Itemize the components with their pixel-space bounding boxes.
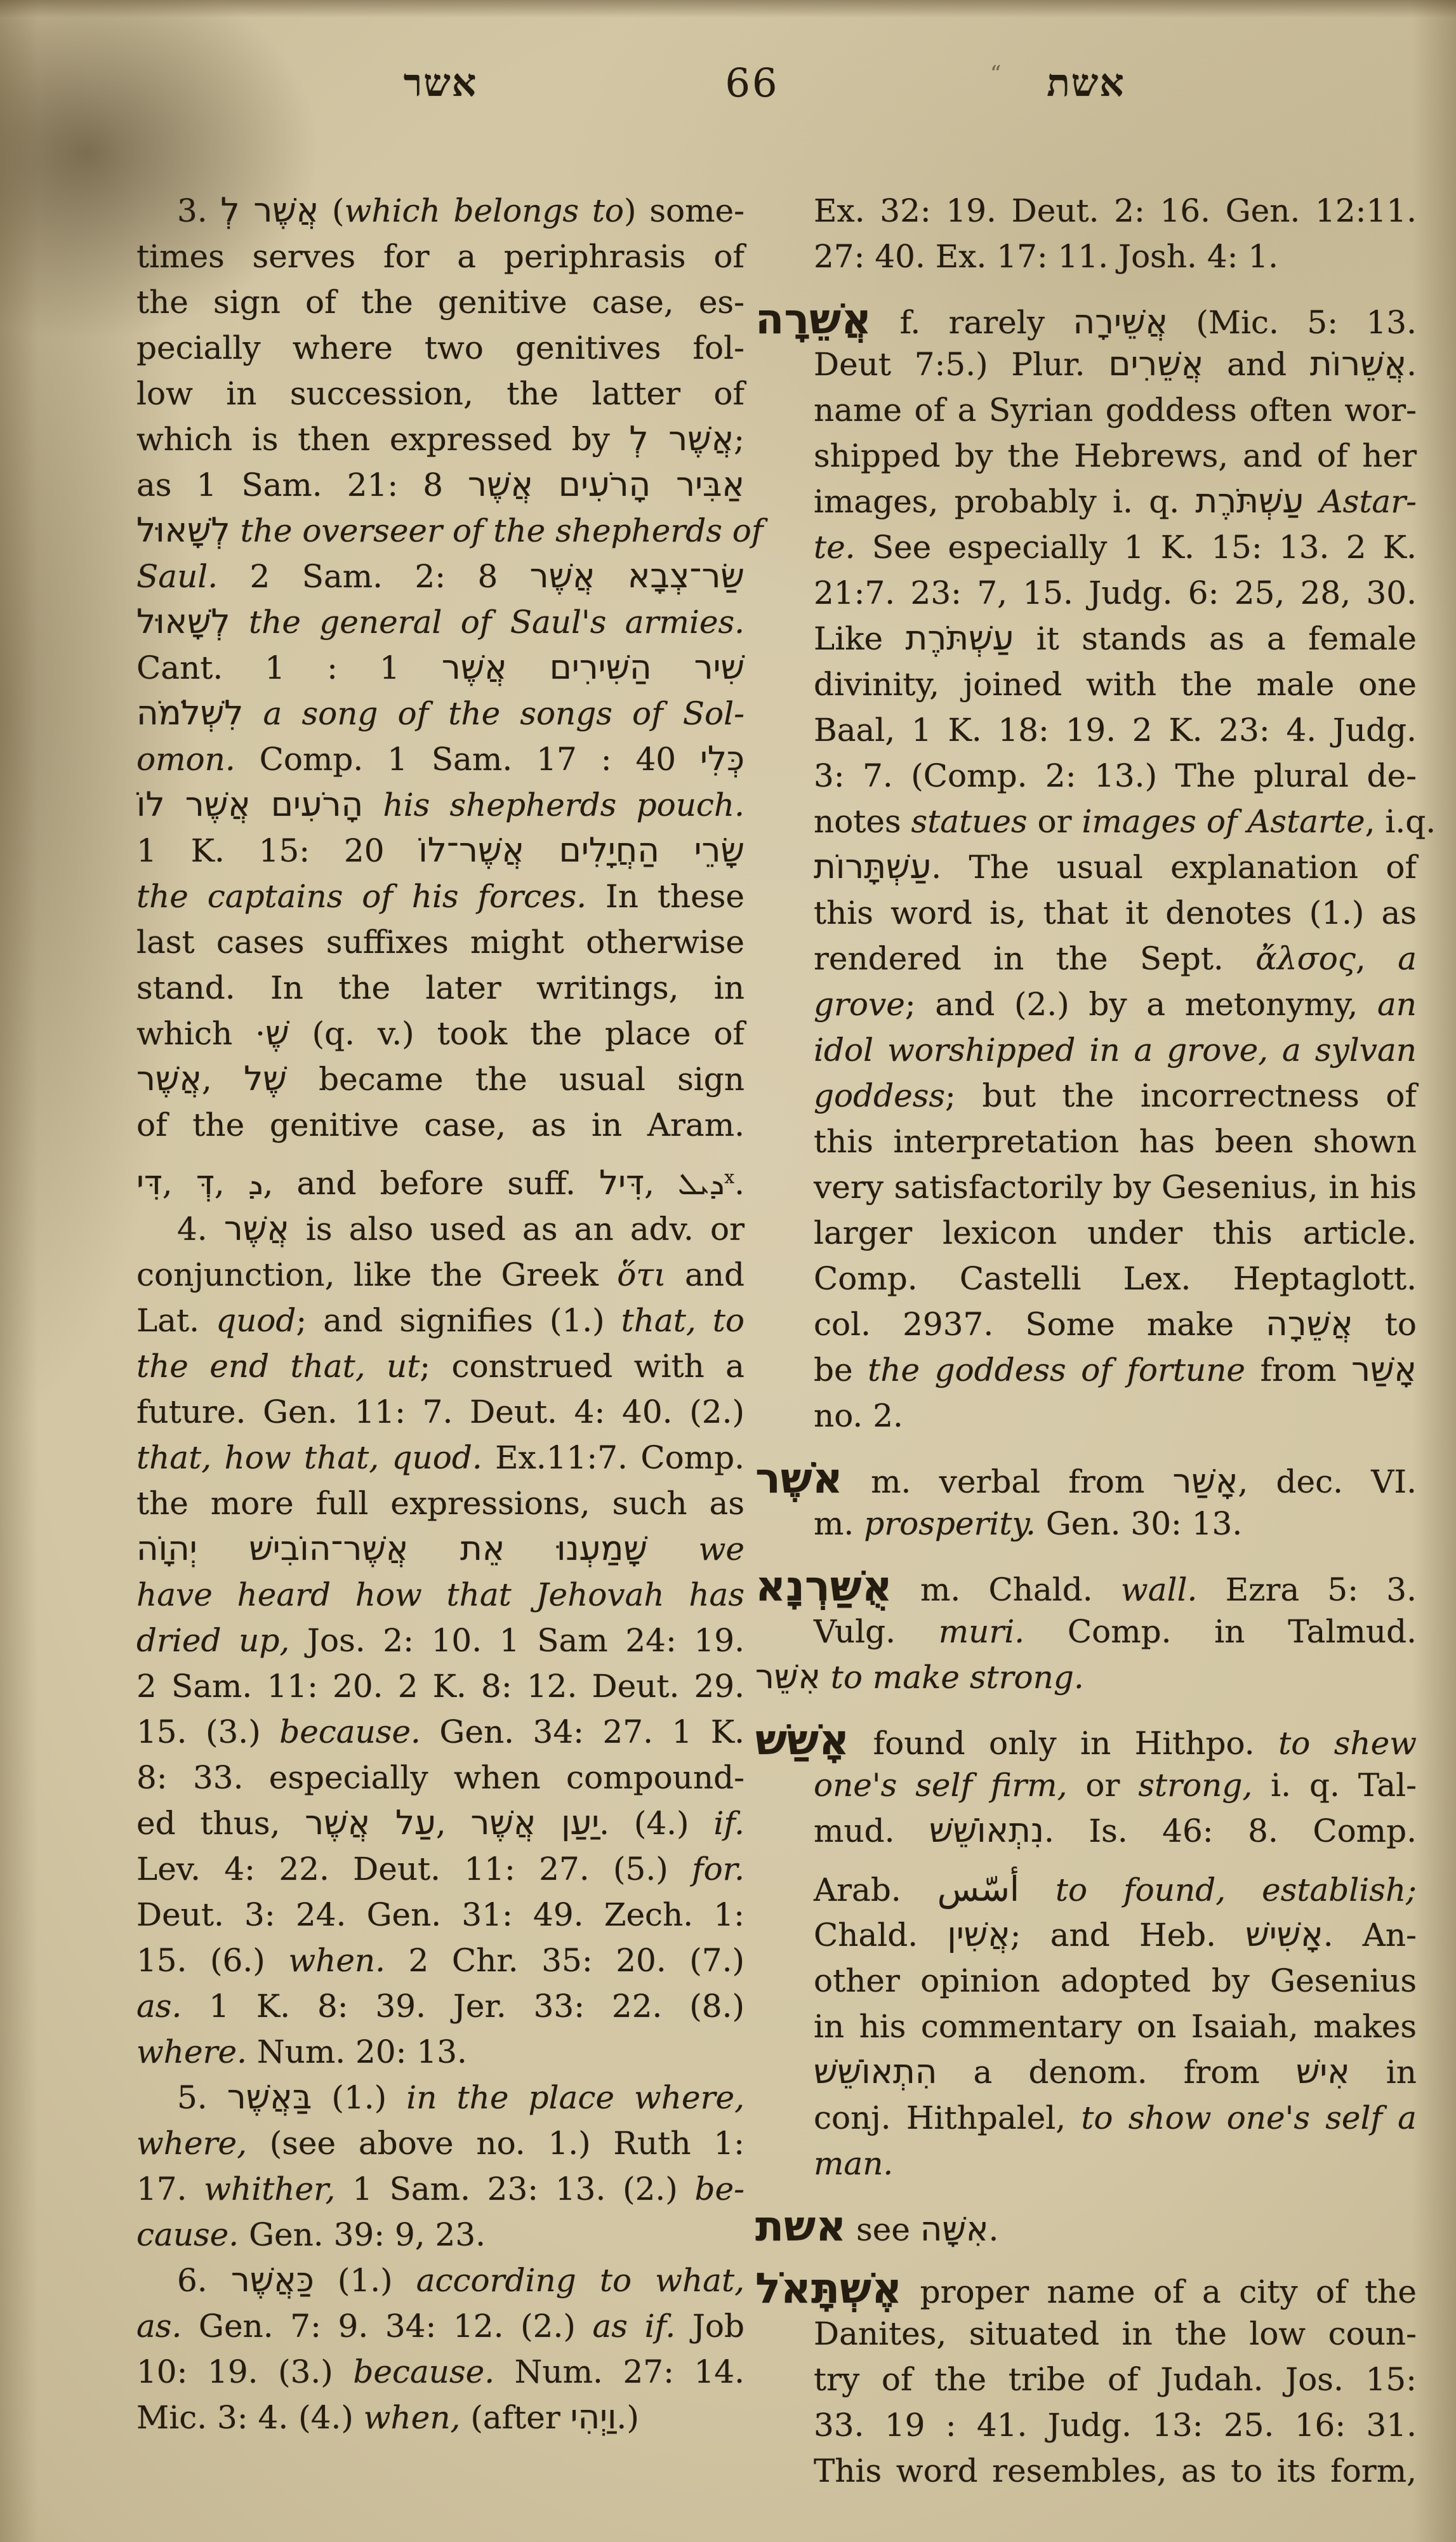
roman-text: Danites, situated in the low coun- [814, 2315, 1417, 2352]
roman-text: 15. (3.) [136, 1714, 279, 1750]
text-line: divinity, joined with the male one [755, 662, 1417, 707]
text-line: te. See especially 1 K. 15: 13. 2 K. [755, 524, 1417, 570]
text-line: be the goddess of fortune from אָשַׁר [755, 1347, 1417, 1393]
text-line: future. Gen. 11: 7. Deut. 4: 40. (2.) [136, 1389, 745, 1435]
italic-text: to make strong. [821, 1659, 1084, 1696]
roman-text: .) [616, 2399, 639, 2436]
roman-text: , [644, 1165, 678, 1202]
text-line: Danites, situated in the low coun- [755, 2311, 1417, 2357]
roman-text: it stands as a female [1014, 620, 1417, 657]
text-line: לְשָׁאוּל the general of Saul's armies. [136, 599, 745, 645]
roman-text: 2 Sam. 2: 8 [218, 558, 530, 595]
italic-text: prosperity. [864, 1505, 1036, 1542]
text-line: Lat. quod; and signifies (1.) that, to [136, 1298, 745, 1343]
text-line: very satisfactorily by Gesenius, in his [755, 1164, 1417, 1210]
hebrew-headword: אֻשַּׁרְנָא [755, 1561, 892, 1611]
text-line: הָרֹעִים אֲשֶׁר לוֹ his shepherds pouch. [136, 782, 745, 828]
roman-text: ; [734, 421, 745, 458]
hebrew-text: דְּ [196, 1164, 215, 1202]
roman-text: Lat. [136, 1302, 216, 1339]
roman-text: pecially where two genitives fol- [136, 329, 745, 366]
text-line: Mic. 3: 4. (4.) when, (after וַיְהִי.) [136, 2395, 745, 2440]
hebrew-text: כַּאֲשֶׁר [231, 2261, 314, 2299]
text-line: Saul. 2 Sam. 2: 8 שַׂר־צְבָא אֲשֶׁר [136, 554, 745, 599]
running-head-left: אשר [136, 55, 745, 112]
hebrew-text: אֲשֵׁירָה [1073, 303, 1168, 342]
hebrew-text: וַיְהִי [571, 2398, 617, 2437]
text-line: Lev. 4: 22. Deut. 11: 27. (5.) for. [136, 1846, 745, 1892]
italic-text: statues [911, 803, 1028, 840]
roman-text: 1 K. 8: 39. Jer. 33: 22. (8.) [182, 1988, 745, 2025]
roman-text: Mic. 3: 4. (4.) [136, 2399, 364, 2436]
text-line: idol worshipped in a grove, a sylvan [755, 1027, 1417, 1073]
text-line: have heard how that Jehovah has [136, 1572, 745, 1618]
text-line: shipped by the Hebrews, and of her [755, 433, 1417, 479]
italic-text: be- [695, 2171, 745, 2207]
italic-text: for. [692, 1851, 745, 1887]
text-line: Like עַשְׁתֹּרֶת it stands as a female [755, 616, 1417, 662]
roman-text: this interpretation has been shown [814, 1123, 1417, 1160]
text-line: as. Gen. 7: 9. 34: 12. (2.) as if. Job [136, 2303, 745, 2349]
italic-text: his shepherds pouch. [363, 787, 745, 823]
italic-text: the overseer of the shepherds of [230, 512, 764, 549]
text-line: as. 1 K. 8: 39. Jer. 33: 22. (8.) [136, 1983, 745, 2029]
italic-text: because. [279, 1714, 421, 1750]
roman-text: (q. v.) took the place of [289, 1015, 745, 1052]
syriac-text: ܕܝܠ [678, 1166, 724, 1202]
text-line: goddess; but the incorrectness of [755, 1073, 1417, 1119]
hebrew-headword: אֲשֵׁרָה [755, 294, 871, 343]
roman-text: ed thus, [136, 1805, 305, 1842]
text-line: אִשֵּׁר to make strong. [755, 1654, 1417, 1700]
roman-text: . [734, 1165, 745, 1202]
text-line: לְשָׁאוּל the overseer of the shepherds … [136, 508, 745, 554]
running-head-right: אשת [755, 55, 1417, 112]
text-line: שָׁמַעְנוּ אֵת אֲשֶׁר־הוֹבִישׁ יְהוָֹה w… [136, 1526, 745, 1572]
roman-text: (after [460, 2399, 570, 2436]
roman-text: Gen. 39: 9, 23. [239, 2216, 486, 2253]
text-line: try of the tribe of Judah. Jos. 15: [755, 2357, 1417, 2402]
syriac-text: ܕ [248, 1166, 263, 1202]
hebrew-text: אַבִּיר הָרֹעִים אֲשֶׁר [468, 465, 745, 504]
hebrew-text: עַל אֲשֶׁר [305, 1804, 435, 1842]
hebrew-headword: אָשַׁשׁ [755, 1715, 849, 1764]
roman-text: Deut 7:5.) Plur. [814, 346, 1108, 383]
roman-text: ( [319, 192, 344, 229]
hebrew-text: כְּלִי [700, 740, 745, 778]
text-line: col. 2937. Some make אֲשֵׁרָה to [755, 1301, 1417, 1347]
roman-text: Like [814, 620, 905, 657]
roman-text: Ezra 5: 3. [1197, 1571, 1417, 1608]
roman-text: shipped by the Hebrews, and of her [814, 437, 1417, 474]
italic-text: that, how that, quod. [136, 1439, 482, 1476]
roman-text: Arab. [814, 1872, 937, 1908]
roman-text: 1 K. 15: 20 [136, 832, 418, 869]
italic-text: where. [136, 2033, 247, 2070]
text-line: דִּי, דְּ, ܕ, and before suff. דִּיל, ܕܝ… [136, 1161, 745, 1206]
roman-text: Comp. Castelli Lex. Heptaglott. [814, 1260, 1417, 1297]
text-line: ed thus, עַל אֲשֶׁר, יַעַן אֲשֶׁר. (4.) … [136, 1800, 745, 1846]
text-line: one's self firm, or strong, i. q. Tal- [755, 1762, 1417, 1808]
roman-text: 5. [177, 2079, 227, 2116]
roman-text: be [814, 1352, 868, 1388]
roman-text: or [1067, 1767, 1138, 1804]
roman-text: , and before suff. [263, 1165, 599, 1202]
roman-text: notes [814, 803, 911, 840]
text-line: this word is, that it denotes (1.) as [755, 890, 1417, 936]
italic-text: one's self firm, [814, 1767, 1067, 1804]
roman-text: or [1028, 803, 1082, 840]
roman-text: 6. [177, 2262, 231, 2299]
roman-text: times serves for a periphrasis of [136, 238, 745, 275]
roman-text: other opinion adopted by Gesenius [814, 1962, 1417, 1999]
text-line: pecially where two genitives fol- [136, 325, 745, 371]
text-line: אֻשַּׁרְנָא m. Chald. wall. Ezra 5: 3. [755, 1563, 1417, 1609]
roman-text: 1 Sam. 23: 13. (2.) [335, 2171, 694, 2207]
text-line: of the genitive case, as in Aram. [136, 1102, 745, 1148]
text-line: Baal, 1 K. 18: 19. 2 K. 23: 4. Judg. [755, 707, 1417, 753]
hebrew-text: נִתְאוֹשֵׁשׁ [929, 1811, 1044, 1850]
hebrew-headword: אֹשֶׁר [755, 1453, 843, 1503]
text-line: conjunction, like the Greek ὅτι and [136, 1252, 745, 1298]
roman-text: see [846, 2211, 920, 2248]
roman-text: Vulg. [814, 1613, 939, 1650]
text-line: 17. whither, 1 Sam. 23: 13. (2.) be- [136, 2166, 745, 2212]
hebrew-text: עַשְׁתֹּרֶת [905, 619, 1014, 658]
roman-text: which is then expressed by [136, 421, 630, 458]
roman-text: which · [136, 1015, 265, 1052]
text-line: 6. כַּאֲשֶׁר (1.) according to what, [136, 2258, 745, 2303]
roman-text: Gen. 30: 13. [1036, 1505, 1242, 1542]
roman-text: found only in Hithpo. [849, 1725, 1278, 1762]
roman-text: Num. 27: 14. [494, 2353, 745, 2390]
text-line: images, probably i. q. עַשְׁתֹּרֶת Astar… [755, 479, 1417, 524]
roman-text: name of a Syrian goddess often wor- [814, 392, 1417, 429]
roman-text: (see above no. 1.) Ruth 1: [247, 2125, 745, 2162]
roman-text: ) some- [624, 192, 745, 229]
text-line: which ·שֶׁ (q. v.) took the place of [136, 1011, 745, 1056]
italic-text: idol worshipped in a grove, a sylvan [814, 1032, 1417, 1068]
roman-text: Num. 20: 13. [247, 2033, 467, 2070]
text-line: This word resembles, as to its form, [755, 2448, 1417, 2494]
roman-text: , [162, 1165, 196, 1202]
italic-text: as. [136, 1988, 182, 2025]
roman-text: ; but the incorrectness of [945, 1077, 1417, 1114]
roman-text: 27: 40. Ex. 17: 11. Josh. 4: 1. [814, 238, 1278, 275]
text-line: Ex. 32: 19. Deut. 2: 16. Gen. 12:11. [755, 188, 1417, 234]
roman-text: . (4.) [599, 1805, 713, 1842]
hebrew-text: אֲשֶׁר [136, 1060, 202, 1098]
text-line: mud. נִתְאוֹשֵׁשׁ. Is. 46: 8. Comp. [755, 1808, 1417, 1854]
text-line: אֶשְׁתָּאֹל proper name of a city of the [755, 2265, 1417, 2311]
text-line: no. 2. [755, 1393, 1417, 1439]
hebrew-text: אֲשֶׁר לְ [220, 191, 319, 230]
roman-text: , [215, 1165, 248, 1202]
text-line: larger lexicon under this article. [755, 1210, 1417, 1256]
roman-text: 2 Sam. 11: 20. 2 K. 8: 12. Deut. 29. [136, 1668, 745, 1705]
roman-text: i. q. Tal- [1252, 1767, 1417, 1804]
roman-text: Job [675, 2308, 745, 2345]
text-line: stand. In the later writings, in [136, 965, 745, 1011]
italic-text: whither, [204, 2171, 335, 2207]
text-line: 8: 33. especially when compound- [136, 1755, 745, 1800]
italic-text: muri. [939, 1613, 1024, 1650]
roman-text: Gen. 34: 27. 1 K. [421, 1714, 745, 1750]
text-line: low in succession, the latter of [136, 371, 745, 416]
roman-text: the sign of the genitive case, es- [136, 284, 745, 321]
italic-text: have heard how that Jehovah has [136, 1576, 745, 1613]
roman-text: , i.q. [1365, 803, 1436, 840]
hebrew-text: עַשְׁתָּרוֹת [814, 848, 931, 886]
hebrew-text: אָשַׁר [1173, 1462, 1238, 1501]
roman-text: stand. In the later writings, in [136, 969, 745, 1006]
hebrew-headword: אשת [755, 2201, 846, 2251]
greek-text: ἄλσος [1255, 940, 1356, 977]
roman-text: Comp. in Talmud. [1024, 1613, 1417, 1650]
italic-text: images of Astarte [1082, 803, 1365, 840]
superscript-mark: x [724, 1166, 734, 1187]
roman-text: Baal, 1 K. 18: 19. 2 K. 23: 4. Judg. [814, 712, 1417, 749]
italic-text: because. [353, 2353, 494, 2390]
roman-text: 4. [177, 1211, 224, 1248]
hebrew-text: לְשָׁאוּל [136, 602, 230, 641]
hebrew-text: אֲשֵׁרָה [1266, 1305, 1353, 1343]
roman-text: low in succession, the latter of [136, 375, 745, 412]
roman-text: m. [814, 1505, 864, 1542]
italic-text: quod [216, 1302, 296, 1339]
text-line: Deut 7:5.) Plur. אֲשֵׁרִים and אֲשֵׁרוֹת… [755, 342, 1417, 387]
roman-text: future. Gen. 11: 7. Deut. 4: 40. (2.) [136, 1394, 745, 1430]
text-line: 10: 19. (3.) because. Num. 27: 14. [136, 2349, 745, 2395]
text-line: name of a Syrian goddess often wor- [755, 387, 1417, 433]
hebrew-text: שָׂרֵי הַחֲיָלִים אֲשֶׁר־לוֹ [418, 831, 745, 870]
hebrew-text: אֲשֶׁר לְ [630, 420, 734, 458]
italic-text: a song of the songs of Sol- [243, 695, 745, 732]
hebrew-text: אֲשֵׁרִים [1108, 345, 1203, 383]
text-line: עַשְׁתָּרוֹת. The usual explanation of [755, 844, 1417, 890]
roman-text: (Mic. 5: 13. [1168, 304, 1417, 341]
roman-text: m. verbal from [843, 1463, 1173, 1500]
roman-text: mud. [814, 1813, 929, 1849]
roman-text: f. rarely [871, 304, 1073, 341]
italic-text: dried up, [136, 1622, 289, 1659]
italic-text: te. [814, 529, 856, 566]
roman-text: ; and (2.) by a metonymy, [905, 986, 1377, 1023]
text-line: the captains of his forces. In these [136, 874, 745, 919]
roman-text: (1.) [314, 2262, 416, 2299]
hebrew-text: הָרֹעִים אֲשֶׁר לוֹ [136, 785, 363, 824]
hebrew-text: אָשַׁר [1351, 1350, 1417, 1389]
text-line: that, how that, quod. Ex.11:7. Comp. [136, 1435, 745, 1481]
arabic-text: أسّس [937, 1869, 1019, 1909]
roman-text: of the genitive case, as in Aram. [136, 1107, 745, 1143]
text-line: this interpretation has been shown [755, 1119, 1417, 1164]
roman-text: no. 2. [814, 1397, 903, 1434]
hebrew-headword: אֶשְׁתָּאֹל [755, 2263, 902, 2313]
roman-text: and [666, 1256, 745, 1293]
roman-text: 10: 19. (3.) [136, 2353, 353, 2390]
text-line: dried up, Jos. 2: 10. 1 Sam 24: 19. [136, 1618, 745, 1663]
text-line: Vulg. muri. Comp. in Talmud. [755, 1609, 1417, 1654]
text-line: Chald. אֲשִׁין; and Heb. אָשִׁישׁ. An- [755, 1912, 1417, 1958]
hebrew-text: דִּי [136, 1164, 162, 1202]
text-line: the sign of the genitive case, es- [136, 279, 745, 325]
text-line: 4. אֲשֶׁר is also used as an adv. or [136, 1206, 745, 1252]
roman-text: col. 2937. Some make [814, 1306, 1266, 1343]
roman-text: from [1245, 1352, 1351, 1388]
roman-text: , [202, 1061, 244, 1098]
italic-text: Saul. [136, 558, 218, 595]
italic-text: cause. [136, 2216, 239, 2253]
roman-text: divinity, joined with the male one [814, 666, 1417, 703]
text-line: Deut. 3: 24. Gen. 31: 49. Zech. 1: [136, 1892, 745, 1938]
roman-text: 21:7. 23: 7, 15. Judg. 6: 25, 28, 30. [814, 575, 1417, 611]
text-line: the more full expressions, such as [136, 1481, 745, 1526]
roman-text: rendered in the Sept. [814, 940, 1255, 977]
roman-text: ; construed with a [420, 1348, 745, 1385]
hebrew-text: לִשְׁלֹמֹה [136, 694, 243, 733]
italic-text: the general of Saul's armies. [230, 604, 745, 641]
italic-text: we [647, 1531, 745, 1567]
italic-text: a [1398, 940, 1417, 977]
roman-text: Cant. 1 : 1 [136, 649, 442, 686]
hebrew-text: אִשָּׁה [920, 2210, 989, 2249]
hebrew-text: אָשִׁישׁ [1245, 1915, 1323, 1954]
text-line: הִתְאוֹשֵׁשׁ a denom. from אִישׁ in [755, 2049, 1417, 2095]
italic-text: in the place where, [406, 2079, 745, 2116]
roman-text: 8: 33. especially when compound- [136, 1759, 745, 1796]
text-line: 5. בַּאֲשֶׁר (1.) in the place where, [136, 2075, 745, 2120]
roman-text: 2 Chr. 35: 20. (7.) [385, 1942, 745, 1979]
text-line: 1 K. 15: 20 שָׂרֵי הַחֲיָלִים אֲשֶׁר־לוֹ [136, 828, 745, 874]
text-line: Arab. أسّس to found, establish; [755, 1867, 1417, 1912]
hebrew-text: לְשָׁאוּל [136, 511, 230, 550]
italic-text: Astar- [1304, 483, 1417, 520]
italic-text: according to what, [416, 2262, 745, 2299]
roman-text: the more full expressions, such as [136, 1485, 745, 1522]
italic-text: man. [814, 2145, 893, 2182]
hebrew-text: שַׂר־צְבָא אֲשֶׁר [530, 557, 745, 596]
text-line: 15. (6.) when. 2 Chr. 35: 20. (7.) [136, 1938, 745, 1983]
roman-text: very satisfactorily by Gesenius, in his [814, 1169, 1417, 1206]
roman-text: Ex. 32: 19. Deut. 2: 16. Gen. 12:11. [814, 192, 1417, 229]
roman-text: . Is. 46: 8. Comp. [1044, 1813, 1417, 1849]
hebrew-text: אֲשֶׁר [224, 1209, 289, 1248]
roman-text: . The usual explanation of [931, 849, 1417, 886]
text-line: 33. 19 : 41. Judg. 13: 25. 16: 31. [755, 2402, 1417, 2448]
italic-text: an [1377, 986, 1417, 1023]
greek-text: ὅτι [617, 1256, 666, 1293]
roman-text: in his commentary on Isaiah, makes [814, 2008, 1417, 2045]
italic-text: that, to [621, 1302, 745, 1339]
text-line: 15. (3.) because. Gen. 34: 27. 1 K. [136, 1709, 745, 1755]
roman-text: 3: 7. (Comp. 2: 13.) The plural de- [814, 757, 1417, 794]
text-line: notes statues or images of Astarte, i.q. [755, 799, 1417, 844]
text-line: אֲשֵׁרָה f. rarely אֲשֵׁירָה (Mic. 5: 13… [755, 296, 1417, 342]
roman-text: See especially 1 K. 15: 13. 2 K. [856, 529, 1417, 566]
roman-text: 33. 19 : 41. Judg. 13: 25. 16: 31. [814, 2407, 1417, 2444]
text-line: last cases suffixes might otherwise [136, 919, 745, 965]
text-line: where, (see above no. 1.) Ruth 1: [136, 2120, 745, 2166]
text-line: 3. אֲשֶׁר לְ (which belongs to) some- [136, 188, 745, 234]
roman-text: conj. Hithpalel, [814, 2099, 1081, 2136]
scanned-lexicon-page: { "page": { "number": "66", "header_left… [0, 0, 1456, 2542]
roman-text: (1.) [312, 2079, 406, 2116]
text-line: Comp. Castelli Lex. Heptaglott. [755, 1256, 1417, 1301]
hebrew-text: הִתְאוֹשֵׁשׁ [814, 2053, 937, 2091]
italic-text: to shew [1278, 1725, 1417, 1762]
right-text-column: Ex. 32: 19. Deut. 2: 16. Gen. 12:11.27: … [755, 188, 1417, 2494]
text-line: 2 Sam. 11: 20. 2 K. 8: 12. Deut. 29. [136, 1663, 745, 1709]
roman-text: In these [586, 878, 745, 915]
text-line: where. Num. 20: 13. [136, 2029, 745, 2075]
italic-text: to show one's self a [1081, 2099, 1417, 2136]
left-text-column: 3. אֲשֶׁר לְ (which belongs to) some-tim… [136, 188, 745, 2440]
roman-text: and [1203, 346, 1310, 383]
text-line: Cant. 1 : 1 שִׁיר הַשִּׁירִים אֲשֶׁר [136, 645, 745, 691]
italic-text: the captains of his forces. [136, 878, 586, 915]
italic-text: as if. [593, 2308, 676, 2345]
italic-text: strong, [1138, 1767, 1252, 1804]
text-line: אָשַׁשׁ found only in Hithpo. to shew [755, 1717, 1417, 1762]
hebrew-text: שֶׁל [244, 1060, 287, 1098]
hebrew-text: יַעַן אֲשֶׁר [470, 1804, 599, 1842]
italic-text: when. [288, 1942, 385, 1979]
roman-text: Deut. 3: 24. Gen. 31: 49. Zech. 1: [136, 1896, 745, 1933]
text-line: לִשְׁלֹמֹה a song of the songs of Sol- [136, 691, 745, 736]
italic-text: the end that, ut [136, 1348, 420, 1385]
roman-text: Chald. [814, 1917, 947, 1953]
italic-text: when, [364, 2399, 461, 2436]
text-line: grove; and (2.) by a metonymy, an [755, 982, 1417, 1027]
roman-text: last cases suffixes might otherwise [136, 924, 745, 961]
text-line: אֲשֶׁר, שֶׁל became the usual sign [136, 1056, 745, 1102]
roman-text: m. Chald. [892, 1571, 1121, 1608]
roman-text: ; and signifies (1.) [296, 1302, 621, 1339]
roman-text: , [436, 1805, 471, 1842]
text-line: conj. Hithpalel, to show one's self a [755, 2095, 1417, 2141]
roman-text: Gen. 7: 9. 34: 12. (2.) [182, 2308, 592, 2345]
text-line: אֹשֶׁר m. verbal from אָשַׁר, dec. VI. [755, 1455, 1417, 1501]
roman-text: larger lexicon under this article. [814, 1214, 1417, 1251]
roman-text: , dec. VI. [1238, 1463, 1417, 1500]
roman-text: in [1350, 2054, 1417, 2091]
text-line: omon. Comp. 1 Sam. 17 : 40 כְּלִי [136, 736, 745, 782]
italic-text: wall. [1121, 1571, 1197, 1608]
text-line: cause. Gen. 39: 9, 23. [136, 2212, 745, 2258]
hebrew-text: שָׁמַעְנוּ אֵת אֲשֶׁר־הוֹבִישׁ יְהוָֹה [136, 1529, 647, 1568]
roman-text: This word resembles, as to its form, [814, 2452, 1417, 2489]
roman-text: Comp. 1 Sam. 17 : 40 [235, 741, 700, 778]
hebrew-text: אִשֵּׁר [755, 1658, 821, 1696]
roman-text: conjunction, like the Greek [136, 1256, 617, 1293]
text-line: 21:7. 23: 7, 15. Judg. 6: 25, 28, 30. [755, 570, 1417, 616]
roman-text: images, probably i. q. [814, 483, 1195, 520]
text-line: other opinion adopted by Gesenius [755, 1958, 1417, 2004]
hebrew-text: בַּאֲשֶׁר [227, 2078, 312, 2117]
text-line: the end that, ut; construed with a [136, 1343, 745, 1389]
text-line: 27: 40. Ex. 17: 11. Josh. 4: 1. [755, 234, 1417, 279]
roman-text: Ex.11:7. Comp. [482, 1439, 745, 1476]
text-line: m. prosperity. Gen. 30: 13. [755, 1501, 1417, 1547]
italic-text: omon. [136, 741, 235, 778]
roman-text: became the usual sign [287, 1061, 745, 1098]
hebrew-text: שֶׁ [265, 1014, 289, 1053]
italic-text: grove [814, 986, 905, 1023]
text-line: אשת see אִשָּׁה. [755, 2203, 1417, 2249]
roman-text: is also used as an adv. or [289, 1211, 745, 1248]
roman-text: to [1353, 1306, 1417, 1343]
